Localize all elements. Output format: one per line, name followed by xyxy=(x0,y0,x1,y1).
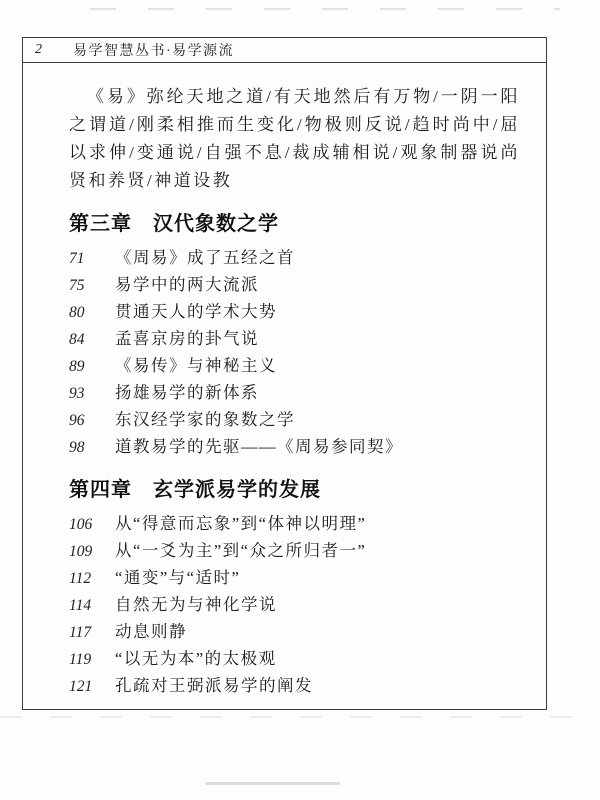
scan-artifact-bottom xyxy=(205,782,340,785)
toc-entry-title: 孔疏对王弼派易学的阐发 xyxy=(115,673,313,699)
toc-entry-page: 119 xyxy=(69,647,115,673)
toc-entry-page: 112 xyxy=(69,566,115,592)
toc-entry-page: 98 xyxy=(69,435,115,461)
toc-entry-page: 114 xyxy=(69,593,115,619)
toc-entry: 121 孔疏对王弼派易学的阐发 xyxy=(69,673,520,700)
toc-entry: 84 孟喜京房的卦气说 xyxy=(69,326,520,353)
toc-entry: 80 贯通天人的学术大势 xyxy=(69,299,520,326)
toc-entry: 112 “通变”与“适时” xyxy=(69,565,520,592)
toc-entry: 96 东汉经学家的象数之学 xyxy=(69,407,520,434)
toc-entry: 75 易学中的两大流派 xyxy=(69,272,520,299)
intro-paragraph: 《易》弥纶天地之道/有天地然后有万物/一阴一阳之谓道/刚柔相推而生变化/物极则反… xyxy=(69,83,520,195)
toc-entry-title: 从“一爻为主”到“众之所归者一” xyxy=(115,538,366,564)
chapter-section-3: 第三章 汉代象数之学 71 《周易》成了五经之首 75 易学中的两大流派 80 … xyxy=(69,211,520,461)
toc-entry-title: 易学中的两大流派 xyxy=(115,272,259,298)
toc-entry-title: 《易传》与神秘主义 xyxy=(115,353,277,379)
page-number: 2 xyxy=(35,42,73,58)
toc-entry: 109 从“一爻为主”到“众之所归者一” xyxy=(69,538,520,565)
chapter-section-4: 第四章 玄学派易学的发展 106 从“得意而忘象”到“体神以明理” 109 从“… xyxy=(69,477,520,700)
toc-entry-page: 84 xyxy=(69,327,115,353)
toc-entry: 89 《易传》与神秘主义 xyxy=(69,353,520,380)
toc-entry-title: 从“得意而忘象”到“体神以明理” xyxy=(115,511,366,537)
toc-entry-page: 96 xyxy=(69,408,115,434)
chapter-title: 第三章 汉代象数之学 xyxy=(69,211,520,237)
toc-entry-title: 动息则静 xyxy=(115,619,187,645)
toc-entry-title: 自然无为与神化学说 xyxy=(115,592,277,618)
toc-entry-title: 扬雄易学的新体系 xyxy=(115,380,259,406)
toc-entry: 119 “以无为本”的太极观 xyxy=(69,646,520,673)
toc-entry-title: 孟喜京房的卦气说 xyxy=(115,326,259,352)
toc-entry-page: 109 xyxy=(69,539,115,565)
scan-artifact-under-frame xyxy=(0,716,600,718)
series-title: 易学智慧丛书·易学源流 xyxy=(73,40,234,60)
toc-entry-page: 89 xyxy=(69,354,115,380)
toc-entry: 93 扬雄易学的新体系 xyxy=(69,380,520,407)
running-header: 2 易学智慧丛书·易学源流 xyxy=(23,38,546,63)
toc-entry-page: 80 xyxy=(69,300,115,326)
chapter-title: 第四章 玄学派易学的发展 xyxy=(69,477,520,503)
toc-entry-page: 93 xyxy=(69,381,115,407)
toc-entry: 98 道教易学的先驱——《周易参同契》 xyxy=(69,434,520,461)
toc-entry-page: 121 xyxy=(69,674,115,700)
toc-entry: 106 从“得意而忘象”到“体神以明理” xyxy=(69,511,520,538)
scan-artifact-top xyxy=(90,8,560,10)
toc-entry: 71 《周易》成了五经之首 xyxy=(69,245,520,272)
toc-entry-page: 106 xyxy=(69,512,115,538)
toc-entry: 114 自然无为与神化学说 xyxy=(69,592,520,619)
toc-entry-title: 东汉经学家的象数之学 xyxy=(115,407,295,433)
toc-entry: 117 动息则静 xyxy=(69,619,520,646)
toc-entry-title: 《周易》成了五经之首 xyxy=(115,245,295,271)
page-content-frame: 2 易学智慧丛书·易学源流 《易》弥纶天地之道/有天地然后有万物/一阴一阳之谓道… xyxy=(22,37,547,710)
toc-entry-title: “以无为本”的太极观 xyxy=(115,646,277,672)
toc-entry-title: 贯通天人的学术大势 xyxy=(115,299,277,325)
toc-entry-title: “通变”与“适时” xyxy=(115,565,240,591)
toc-entry-page: 75 xyxy=(69,273,115,299)
toc-entry-page: 117 xyxy=(69,620,115,646)
toc-entry-page: 71 xyxy=(69,246,115,272)
toc-entry-title: 道教易学的先驱——《周易参同契》 xyxy=(115,434,403,460)
toc-content: 《易》弥纶天地之道/有天地然后有万物/一阴一阳之谓道/刚柔相推而生变化/物极则反… xyxy=(23,63,546,700)
